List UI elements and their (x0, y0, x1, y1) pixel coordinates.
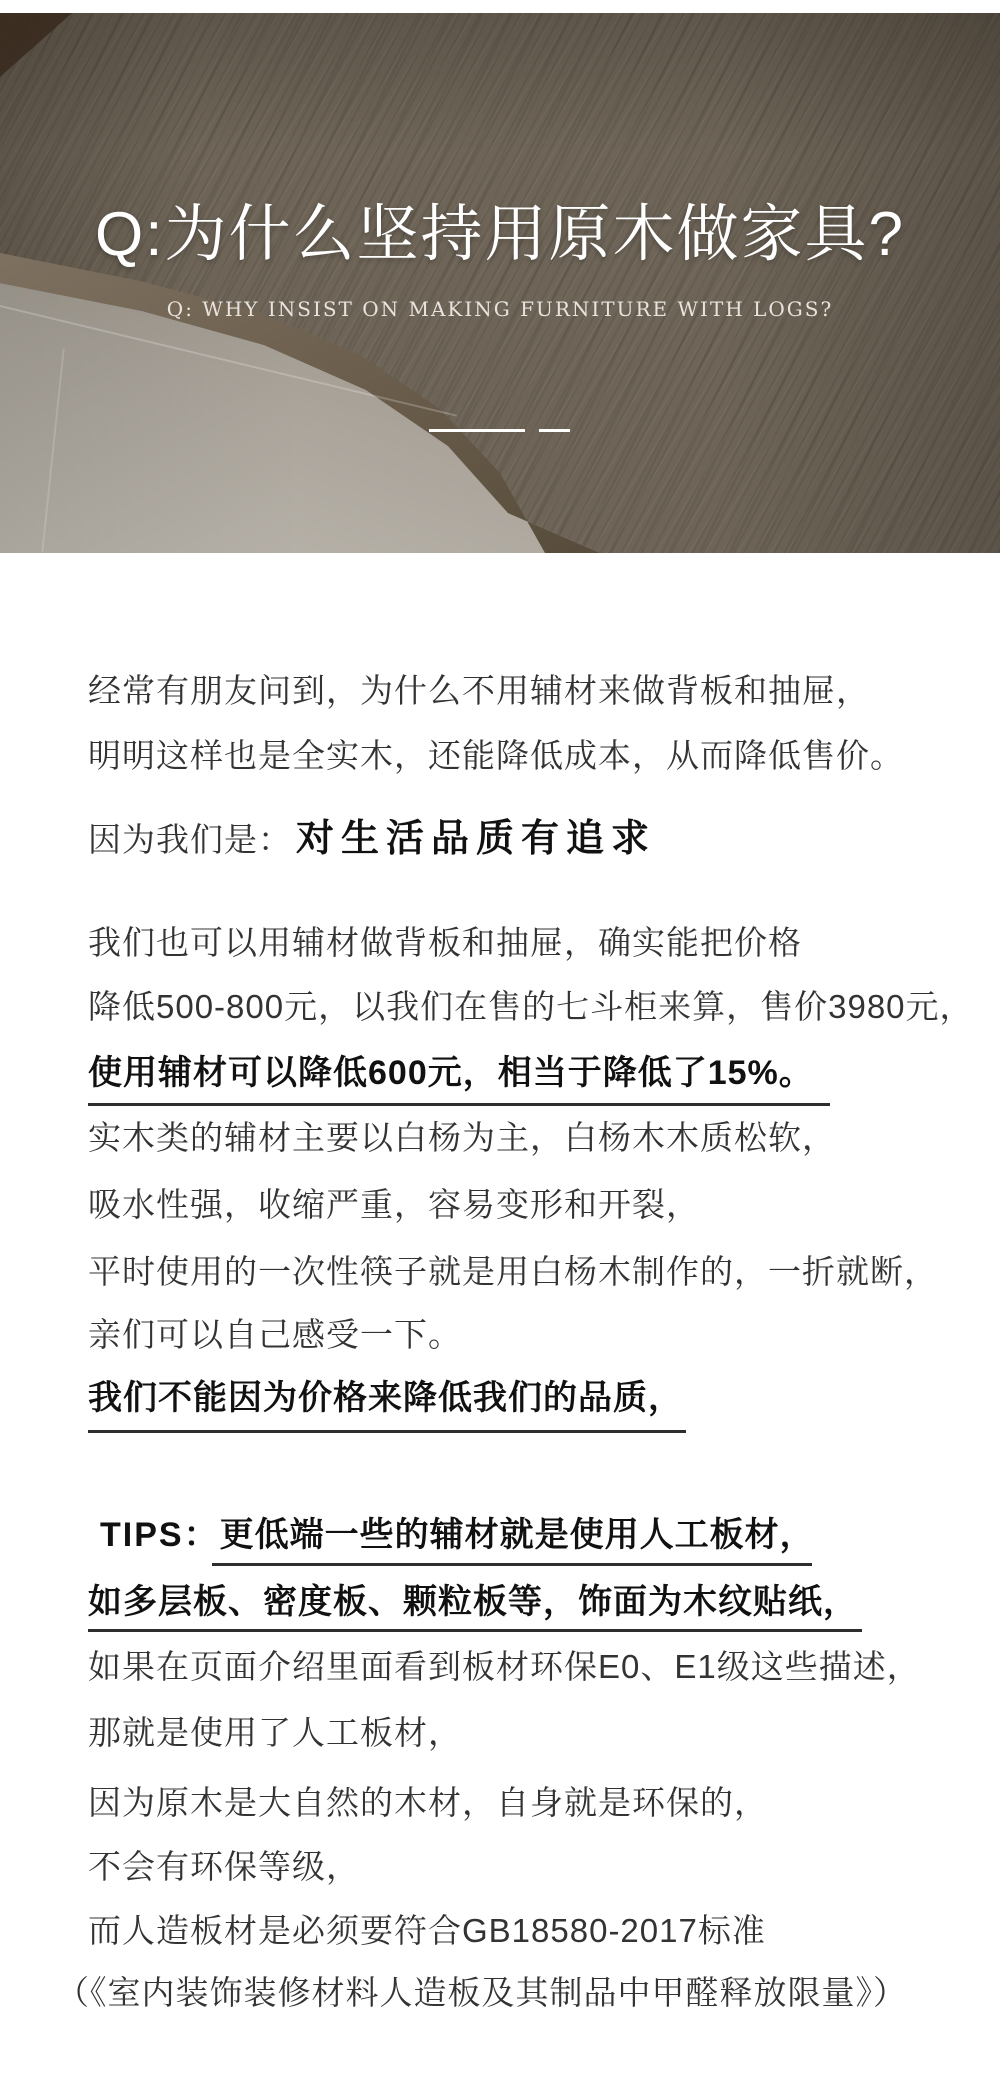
paragraph-line: 我们也可以用辅材做背板和抽屉，确实能把价格 (88, 924, 802, 962)
tips-line: 如多层板、密度板、颗粒板等，饰面为木纹贴纸， (88, 1583, 858, 1622)
paragraph-line: 而人造板材是必须要符合GB18580-2017标准 (88, 1912, 766, 1950)
underline-rule (88, 1629, 862, 1632)
hero-subtitle: Q: WHY INSIST ON MAKING FURNITURE WITH L… (0, 297, 1000, 321)
product-detail-image: { "hero": { "title": "Q:为什么坚持用原木做家具?", "… (0, 0, 1000, 2094)
hero-photo: Q:为什么坚持用原木做家具? Q: WHY INSIST ON MAKING F… (0, 13, 1000, 553)
bold-statement: 使用辅材可以降低600元，相当于降低了15%。 (88, 1054, 814, 1093)
paragraph-line: 平时使用的一次性筷子就是用白杨木制作的，一折就断， (88, 1253, 938, 1291)
reason-prefix: 因为我们是： (88, 821, 292, 858)
decorative-dash-short (539, 429, 570, 432)
underline-rule (88, 1430, 686, 1433)
tips-label: TIPS： (100, 1516, 220, 1554)
paragraph-line: 不会有环保等级， (88, 1848, 360, 1886)
paragraph-line: 经常有朋友问到，为什么不用辅材来做背板和抽屉， (88, 672, 870, 710)
paragraph-line: 实木类的辅材主要以白杨为主，白杨木木质松软， (88, 1119, 836, 1157)
paragraph-line: 吸水性强，收缩严重，容易变形和开裂， (88, 1186, 700, 1224)
paragraph-line: 如果在页面介绍里面看到板材环保E0、E1级这些描述， (88, 1648, 921, 1686)
hero-title: Q:为什么坚持用原木做家具? (0, 204, 1000, 266)
paragraph-line: 降低500-800元，以我们在售的七斗柜来算，售价3980元， (88, 988, 974, 1026)
paragraph-line: 亲们可以自己感受一下。 (88, 1316, 462, 1354)
paragraph-line: （《室内装饰装修材料人造板及其制品中甲醛释放限量》） (56, 1974, 907, 2012)
reason-line: 因为我们是：对生活品质有追求 (88, 807, 656, 862)
paragraph-line: 那就是使用了人工板材， (88, 1714, 462, 1752)
decorative-dash-long (429, 429, 525, 432)
underline-rule (88, 1103, 830, 1106)
paragraph-line: 明明这样也是全实木，还能降低成本，从而降低售价。 (88, 737, 904, 775)
reason-emphasis: 对生活品质有追求 (296, 818, 656, 860)
bold-statement: 我们不能因为价格来降低我们的品质， (88, 1379, 683, 1418)
paragraph-line: 因为原木是大自然的木材，自身就是环保的， (88, 1784, 768, 1822)
underline-rule (212, 1563, 812, 1566)
tips-line: TIPS：更低端一些的辅材就是使用人工板材， (100, 1516, 815, 1555)
tips-text: 更低端一些的辅材就是使用人工板材， (220, 1516, 815, 1554)
